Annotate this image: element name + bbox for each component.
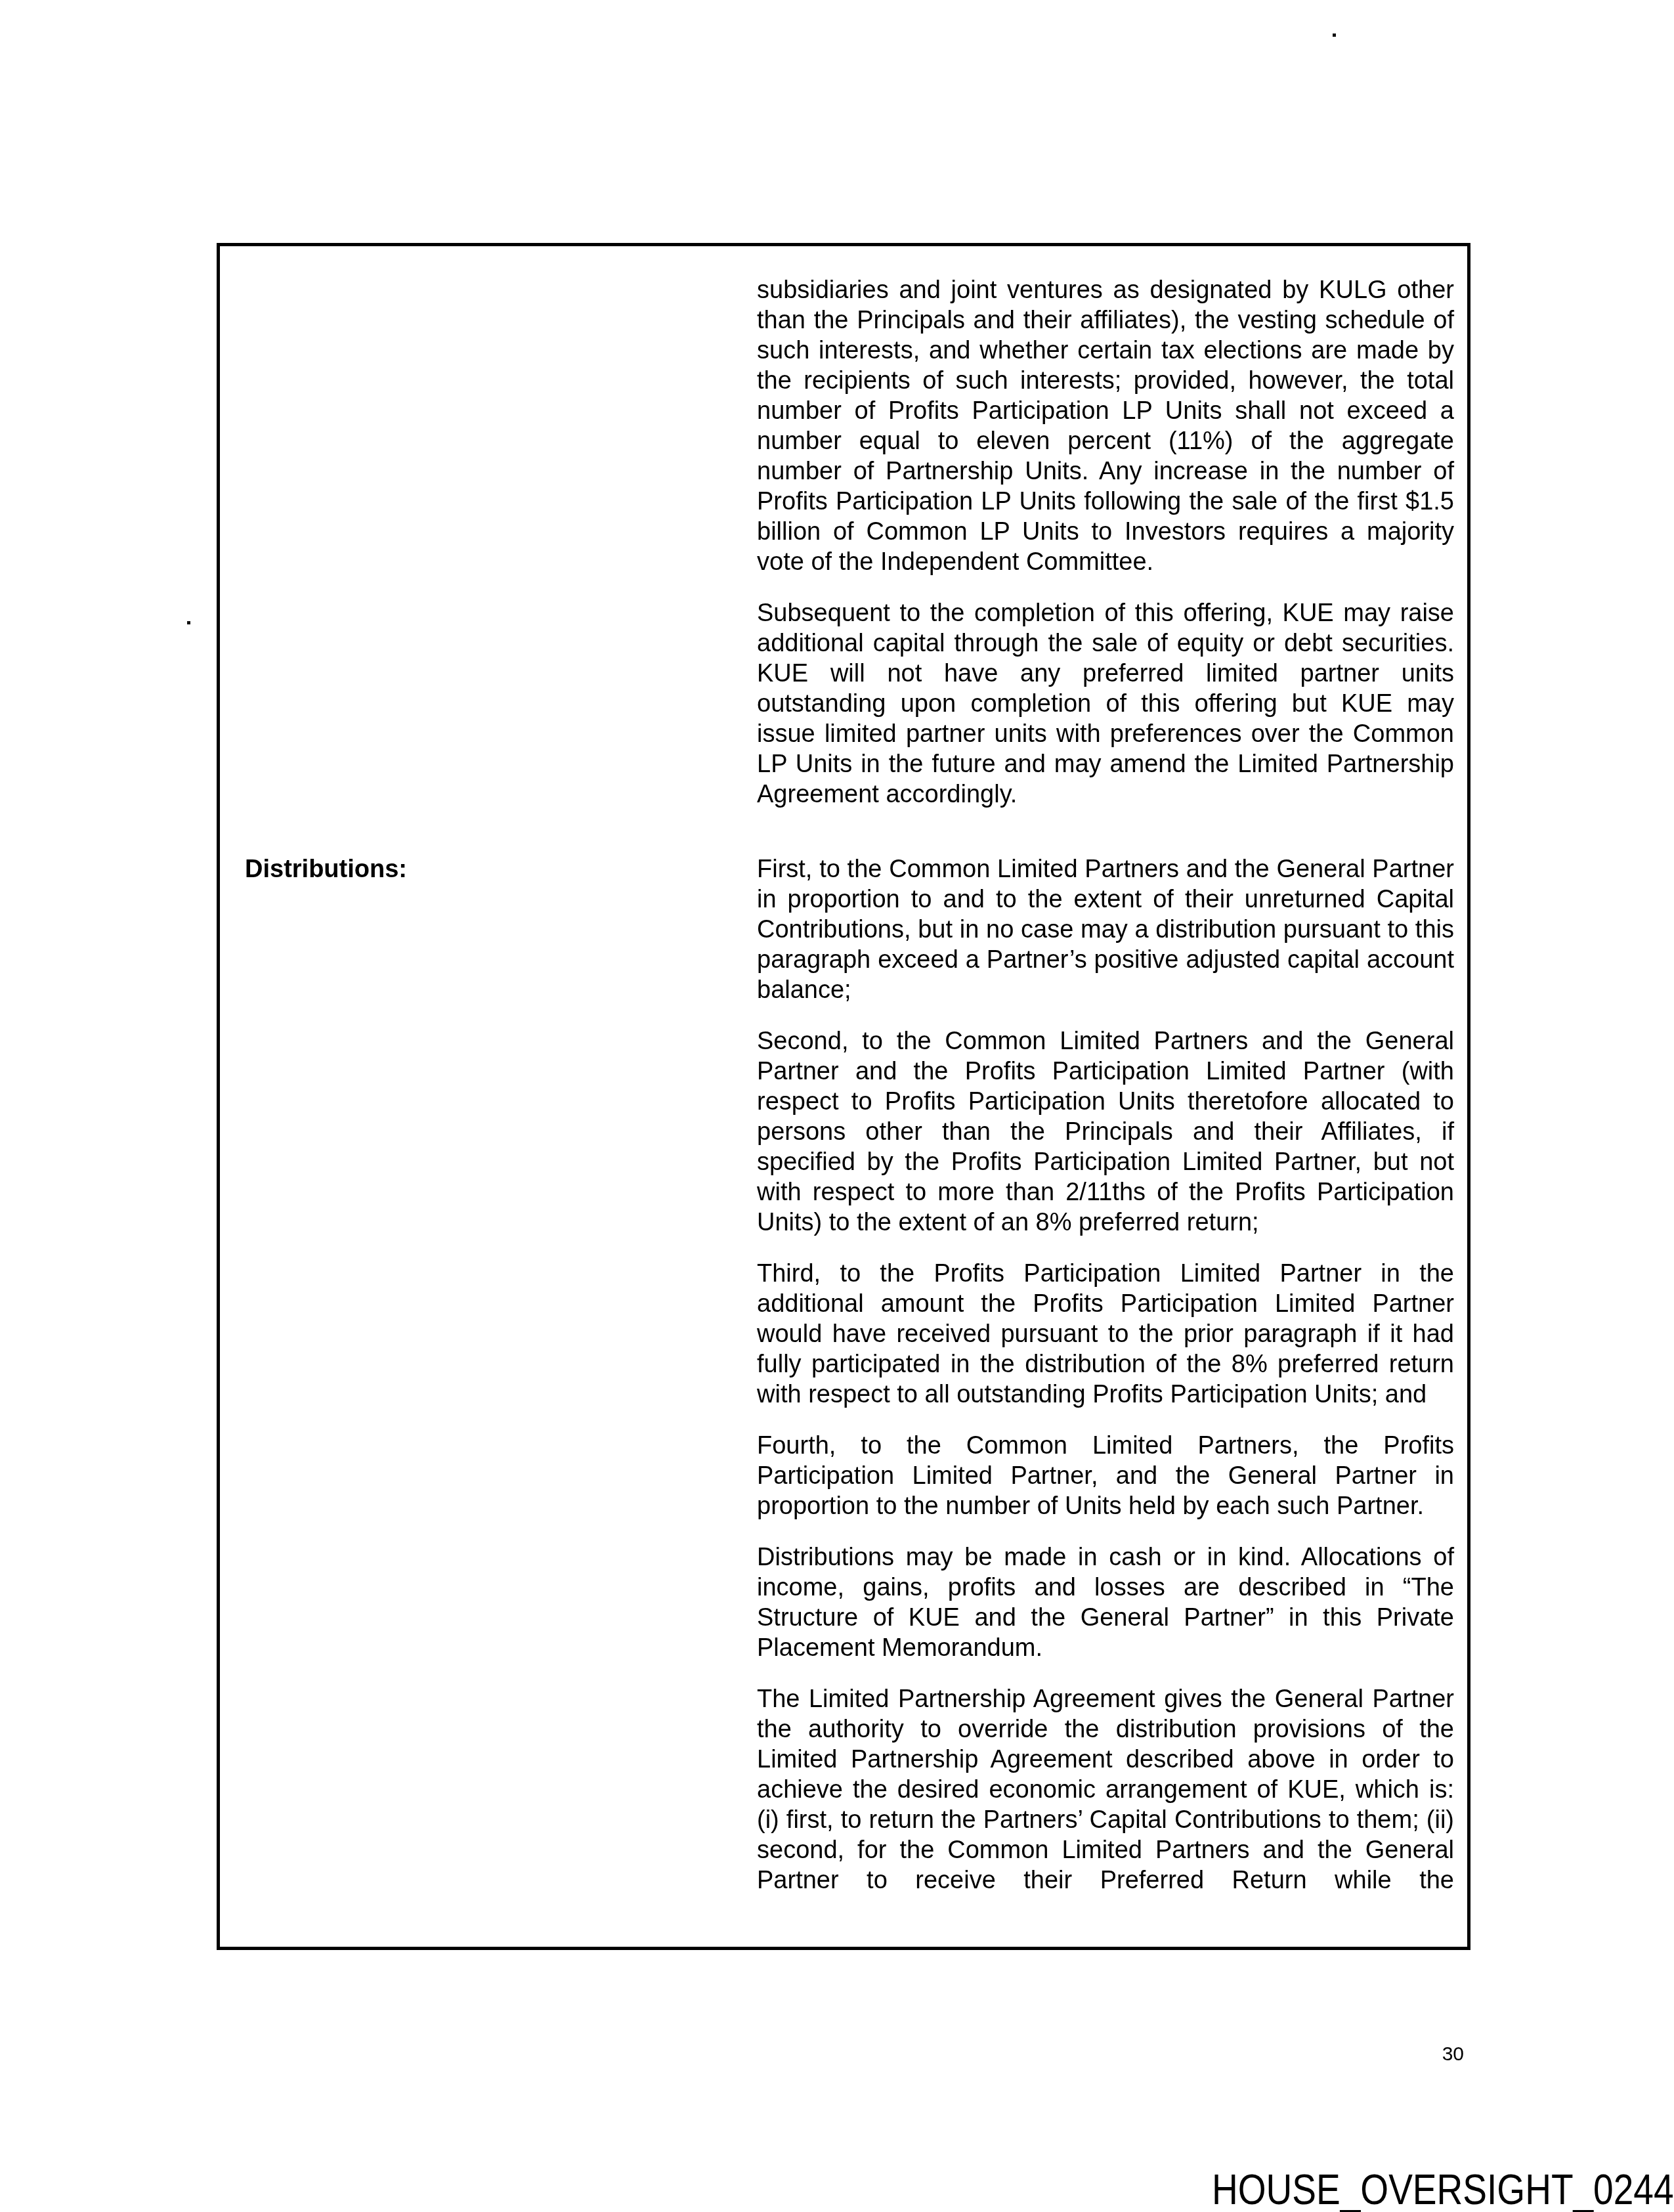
paragraph: The Limited Partnership Agreement gives … — [757, 1684, 1454, 1896]
paragraph: subsidiaries and joint ventures as desig… — [757, 275, 1454, 577]
terms-table: subsidiaries and joint ventures as desig… — [217, 243, 1470, 1950]
paragraph: Subsequent to the completion of this off… — [757, 598, 1454, 810]
scan-speck — [1333, 33, 1336, 37]
bates-stamp: HOUSE_OVERSIGHT_024463 — [1212, 2165, 1596, 2212]
paragraph: Second, to the Common Limited Partners a… — [757, 1026, 1454, 1238]
row-label-distributions: Distributions: — [245, 854, 407, 884]
document-page: subsidiaries and joint ventures as desig… — [0, 0, 1674, 2212]
terms-row-content: subsidiaries and joint ventures as desig… — [757, 275, 1454, 831]
paragraph: Fourth, to the Common Limited Partners, … — [757, 1431, 1454, 1521]
page-number: 30 — [1425, 2043, 1464, 2066]
paragraph: Third, to the Profits Participation Limi… — [757, 1259, 1454, 1410]
scan-speck — [187, 621, 190, 624]
terms-row-content: First, to the Common Limited Partners an… — [757, 854, 1454, 1917]
paragraph: Distributions may be made in cash or in … — [757, 1542, 1454, 1663]
paragraph: First, to the Common Limited Partners an… — [757, 854, 1454, 1005]
